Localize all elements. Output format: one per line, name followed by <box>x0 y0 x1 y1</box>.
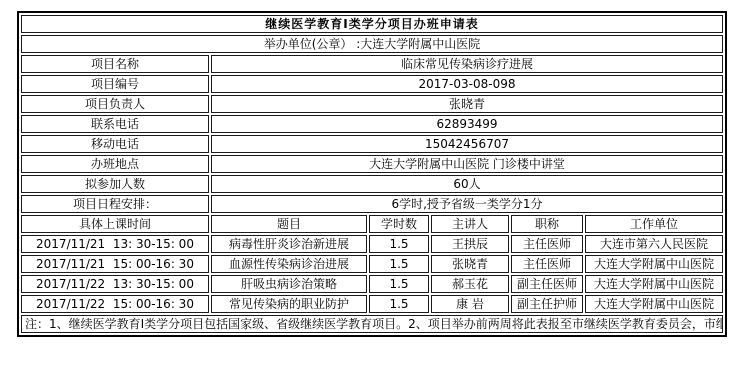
field-value: 临床常见传染病诊疗进展 <box>211 55 723 73</box>
info-row-project-leader: 项目负责人 张晓青 <box>21 95 723 113</box>
column-header-title: 职称 <box>511 215 583 233</box>
field-value: 60人 <box>211 175 723 193</box>
info-row-schedule-credit: 项目日程安排： 6学时,授予省级一类学分1分 <box>21 195 723 213</box>
lesson-time: 2017/11/22 15: 00-16: 30 <box>21 295 209 313</box>
form-title: 继续医学教育I类学分项目办班申请表 <box>21 15 723 33</box>
application-form-page: 继续医学教育I类学分项目办班申请表 举办单位(公章） :大连大学附属中山医院 项… <box>0 0 740 376</box>
lesson-workunit: 大连大学附属中山医院 <box>585 275 723 293</box>
lesson-hours: 1.5 <box>369 255 429 273</box>
column-header-workunit: 工作单位 <box>585 215 723 233</box>
field-value: 15042456707 <box>211 135 723 153</box>
lesson-title: 副主任医师 <box>511 275 583 293</box>
lesson-time: 2017/11/21 13: 30-15: 00 <box>21 235 209 253</box>
lesson-speaker: 康 岩 <box>431 295 509 313</box>
column-header-time: 具体上课时间 <box>21 215 209 233</box>
organizer-row: 举办单位(公章） :大连大学附属中山医院 <box>21 35 723 53</box>
lesson-time: 2017/11/22 13: 30-15: 00 <box>21 275 209 293</box>
info-row-mobile-phone: 移动电话 15042456707 <box>21 135 723 153</box>
lesson-workunit: 大连大学附属中山医院 <box>585 255 723 273</box>
field-label: 项目负责人 <box>21 95 209 113</box>
field-value: 6学时,授予省级一类学分1分 <box>211 195 723 213</box>
schedule-row: 2017/11/22 15: 00-16: 30 常见传染病的职业防护 1.5 … <box>21 295 723 313</box>
note-row: 注：1、继续医学教育Ⅰ类学分项目包括国家级、省级继续医学教育项目。2、项目举办前… <box>21 315 723 333</box>
lesson-hours: 1.5 <box>369 295 429 313</box>
lesson-topic: 血源性传染病诊治进展 <box>211 255 367 273</box>
lesson-time: 2017/11/21 15: 00-16: 30 <box>21 255 209 273</box>
lesson-title: 主任医师 <box>511 235 583 253</box>
footnote: 注：1、继续医学教育Ⅰ类学分项目包括国家级、省级继续医学教育项目。2、项目举办前… <box>21 315 723 333</box>
lesson-topic: 常见传染病的职业防护 <box>211 295 367 313</box>
column-header-speaker: 主讲人 <box>431 215 509 233</box>
field-label: 办班地点 <box>21 155 209 173</box>
column-header-topic: 题目 <box>211 215 367 233</box>
info-row-participants: 拟参加人数 60人 <box>21 175 723 193</box>
field-label: 拟参加人数 <box>21 175 209 193</box>
lesson-title: 主任医师 <box>511 255 583 273</box>
field-label: 项目名称 <box>21 55 209 73</box>
lesson-speaker: 郝玉花 <box>431 275 509 293</box>
field-value: 62893499 <box>211 115 723 133</box>
lesson-topic: 病毒性肝炎诊治新进展 <box>211 235 367 253</box>
schedule-row: 2017/11/21 13: 30-15: 00 病毒性肝炎诊治新进展 1.5 … <box>21 235 723 253</box>
field-value: 张晓青 <box>211 95 723 113</box>
lesson-hours: 1.5 <box>369 235 429 253</box>
lesson-topic: 肝吸虫病诊治策略 <box>211 275 367 293</box>
application-form-table: 继续医学教育I类学分项目办班申请表 举办单位(公章） :大连大学附属中山医院 项… <box>17 11 727 337</box>
lesson-hours: 1.5 <box>369 275 429 293</box>
field-value: 2017-03-08-098 <box>211 75 723 93</box>
column-header-hours: 学时数 <box>369 215 429 233</box>
info-row-project-name: 项目名称 临床常见传染病诊疗进展 <box>21 55 723 73</box>
field-label: 项目编号 <box>21 75 209 93</box>
field-label: 联系电话 <box>21 115 209 133</box>
lesson-workunit: 大连大学附属中山医院 <box>585 295 723 313</box>
field-value: 大连大学附属中山医院 门诊楼中讲堂 <box>211 155 723 173</box>
schedule-row: 2017/11/22 13: 30-15: 00 肝吸虫病诊治策略 1.5 郝玉… <box>21 275 723 293</box>
title-row: 继续医学教育I类学分项目办班申请表 <box>21 15 723 33</box>
lesson-workunit: 大连市第六人民医院 <box>585 235 723 253</box>
organizer-line: 举办单位(公章） :大连大学附属中山医院 <box>21 35 723 53</box>
lesson-title: 副主任护师 <box>511 295 583 313</box>
field-label: 项目日程安排： <box>21 195 209 213</box>
info-row-venue: 办班地点 大连大学附属中山医院 门诊楼中讲堂 <box>21 155 723 173</box>
lesson-speaker: 王拱辰 <box>431 235 509 253</box>
info-row-contact-phone: 联系电话 62893499 <box>21 115 723 133</box>
lesson-speaker: 张晓青 <box>431 255 509 273</box>
field-label: 移动电话 <box>21 135 209 153</box>
schedule-header-row: 具体上课时间 题目 学时数 主讲人 职称 工作单位 <box>21 215 723 233</box>
info-row-project-number: 项目编号 2017-03-08-098 <box>21 75 723 93</box>
schedule-row: 2017/11/21 15: 00-16: 30 血源性传染病诊治进展 1.5 … <box>21 255 723 273</box>
